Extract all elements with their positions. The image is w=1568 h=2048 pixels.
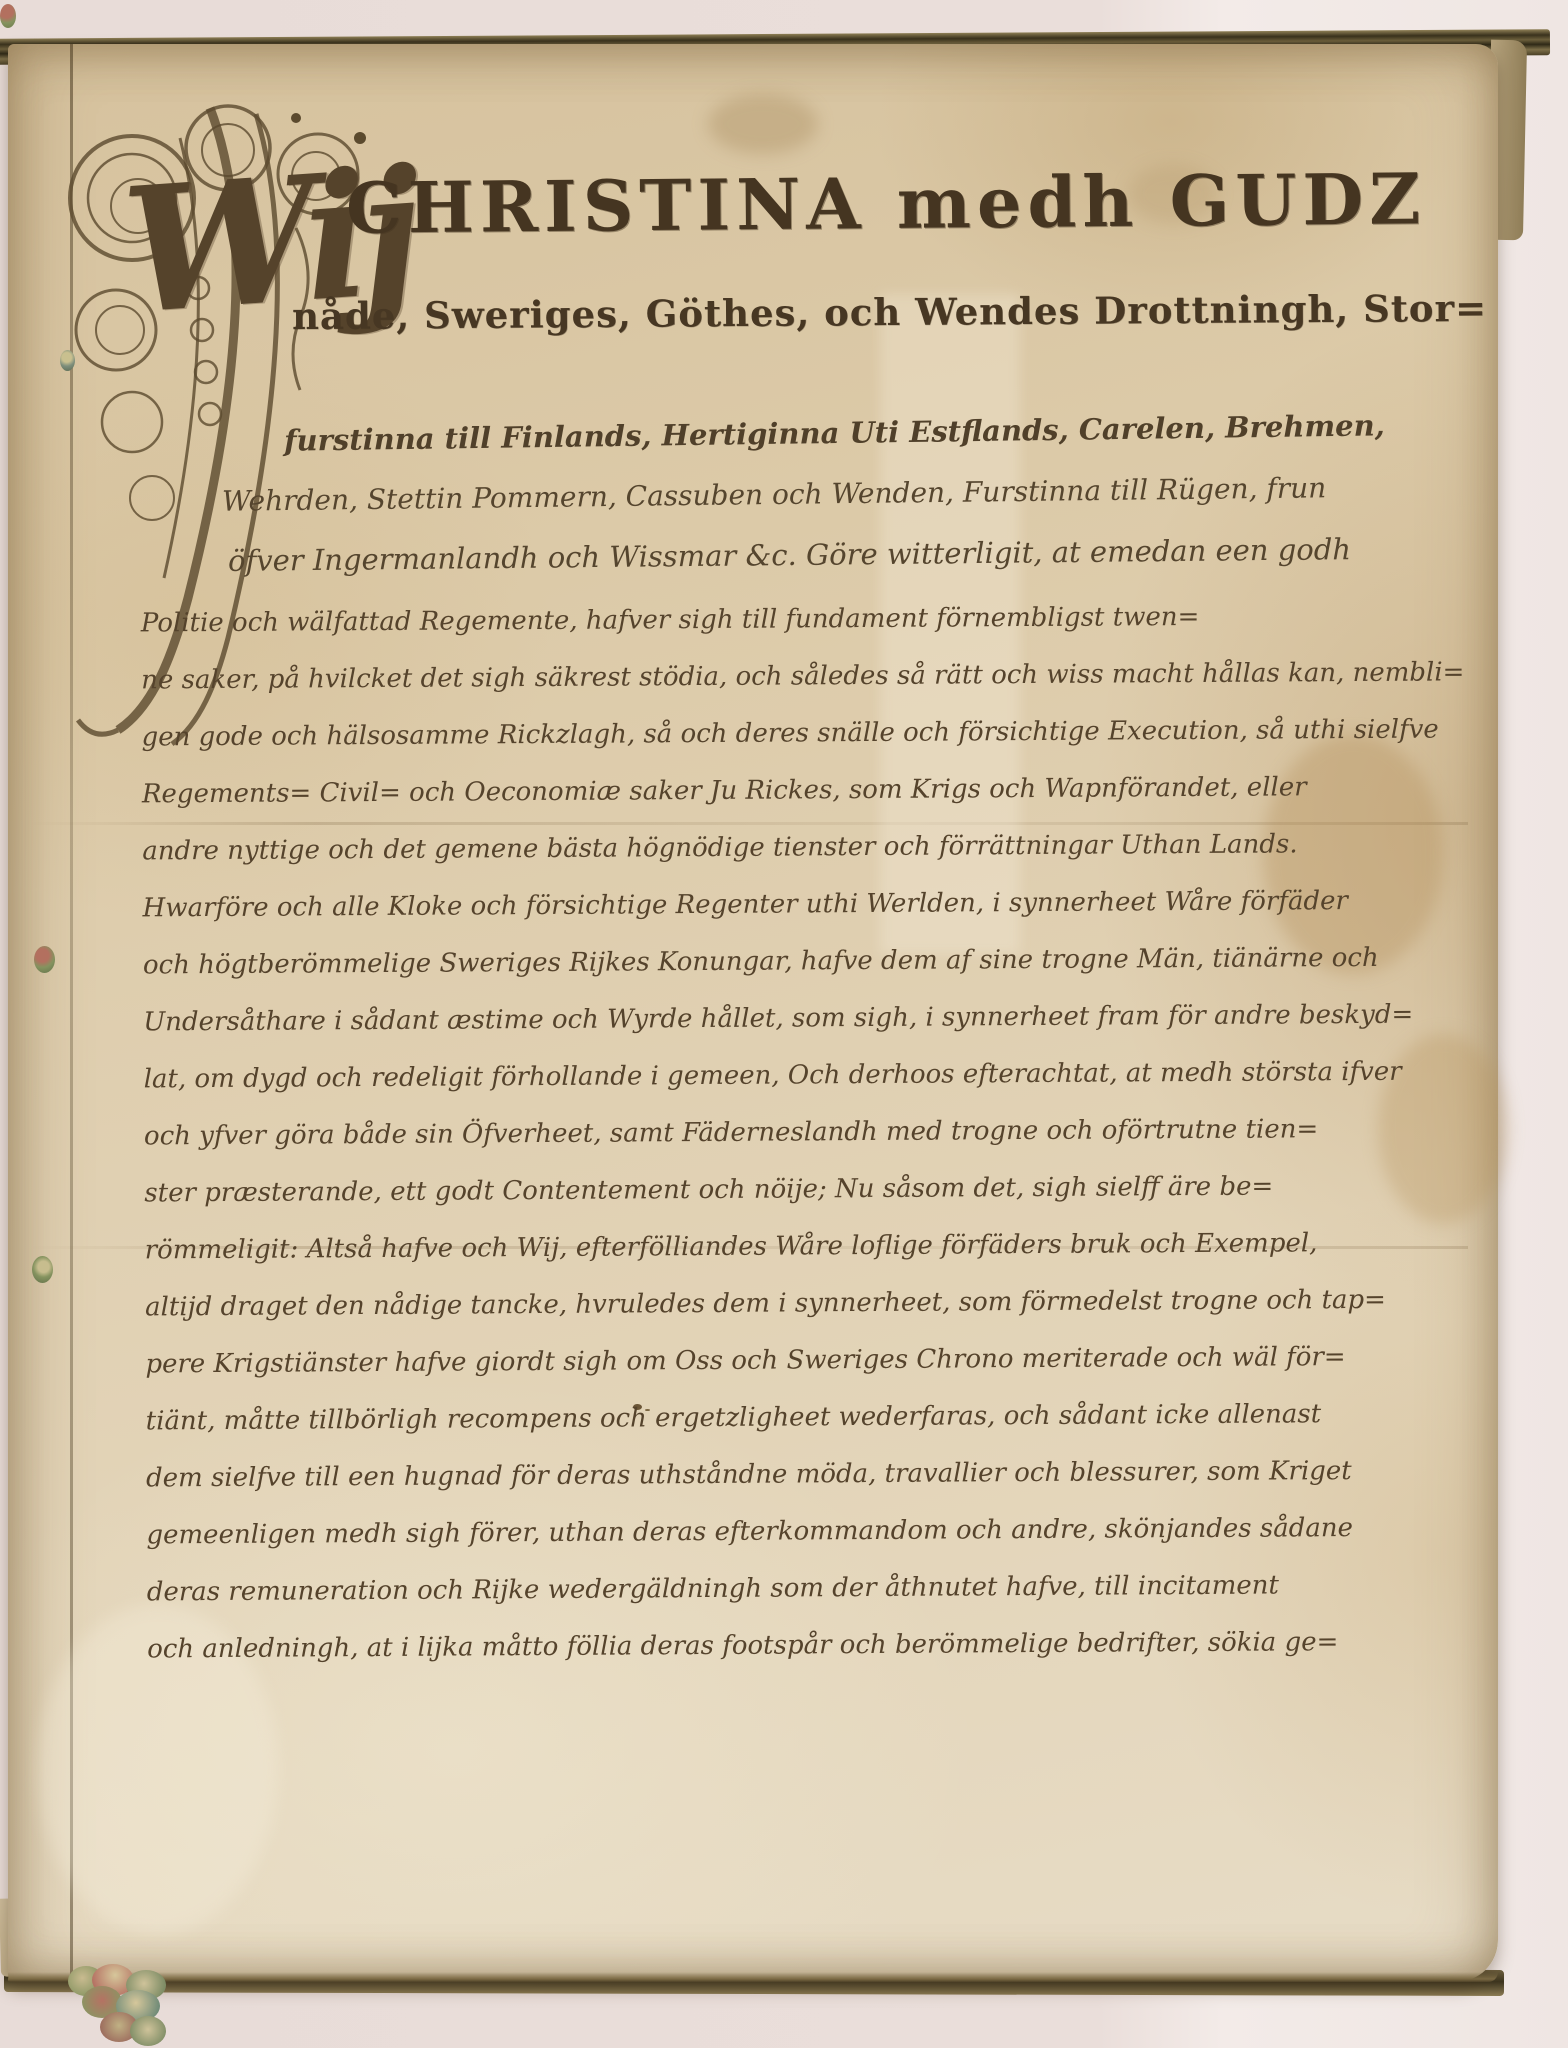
heading-line-5: öfver Ingermanlandh och Wissmar &c. Göre…: [228, 532, 1351, 578]
marbled-endband: [66, 1964, 196, 2048]
manuscript-line: altijd draget den nådige tancke, hvruled…: [145, 1273, 1265, 1337]
heading-line-2: nåde, Sweriges, Göthes, och Wendes Drott…: [292, 286, 1487, 338]
manuscript-line: deras remuneration och Rijke wedergäldni…: [147, 1558, 1267, 1622]
manuscript-line: Politie och wälfattad Regemente, hafver …: [141, 589, 1261, 653]
page-bottom-edge: [8, 1972, 1498, 1982]
binding-thread-top-corner: [0, 4, 16, 28]
manuscript-line: dem sielfve till een hugnad för deras ut…: [146, 1444, 1266, 1508]
binding-thread-knot: [60, 350, 75, 371]
manuscript-line: Hwarföre och alle Kloke och försichtige …: [142, 874, 1262, 938]
book-scan: Wij CHRISTINA medh GUDZ nåde, Sweriges, …: [0, 0, 1568, 2048]
heading-line-1: CHRISTINA medh GUDZ: [346, 157, 1427, 249]
manuscript-line: och anledningh, at i lijka måtto föllia …: [147, 1615, 1267, 1679]
body-text: Politie och wälfattad Regemente, hafver …: [141, 589, 1268, 1679]
manuscript-line: lat, om dygd och redeligit förhollande i…: [143, 1045, 1263, 1109]
manuscript-line: pere Krigstiänster hafve giordt sigh om …: [145, 1330, 1265, 1394]
manuscript-line: ne saker, på hvilcket det sigh säkrest s…: [141, 646, 1261, 710]
manuscript-line: Undersåthare i sådant æstime och Wyrde h…: [143, 988, 1263, 1052]
manuscript-line: ster præsterande, ett godt Contentement …: [144, 1159, 1264, 1223]
manuscript-page: Wij CHRISTINA medh GUDZ nåde, Sweriges, …: [8, 44, 1498, 1982]
manuscript-line: gemeenligen medh sigh förer, uthan deras…: [146, 1501, 1266, 1565]
manuscript-line: och yfver göra både sin Öfverheet, samt …: [144, 1102, 1264, 1166]
stain: [708, 94, 818, 154]
manuscript-line: Regements= Civil= och Oeconomiæ saker Ju…: [142, 760, 1262, 824]
heading-line-4: Wehrden, Stettin Pommern, Cassuben och W…: [222, 471, 1327, 517]
heading-line-3: furstinna till Finlands, Hertiginna Uti …: [284, 408, 1385, 457]
manuscript-line: tiänt, måtte tillbörligh recompens och e…: [146, 1387, 1266, 1451]
manuscript-line: gen gode och hälsosamme Rickzlagh, så oc…: [141, 703, 1261, 767]
binding-thread-knot: [32, 1256, 53, 1283]
binding-thread-knot: [34, 946, 55, 973]
manuscript-line: andre nyttige och det gemene bästa högnö…: [142, 817, 1262, 881]
manuscript-line: römmeligit: Altså hafve och Wij, efterfö…: [145, 1216, 1265, 1280]
manuscript-line: och högtberömmelige Sweriges Rijkes Konu…: [143, 931, 1263, 995]
